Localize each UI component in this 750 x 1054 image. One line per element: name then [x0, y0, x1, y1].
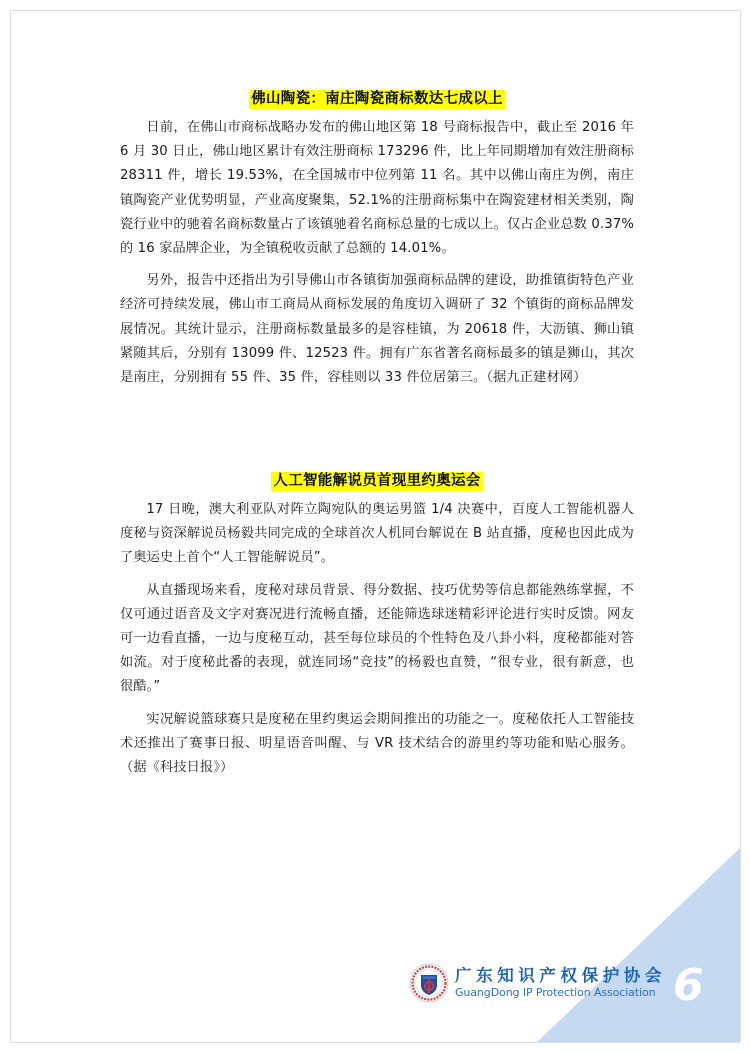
article-foshan-ceramics: 佛山陶瓷：南庄陶瓷商标数达七成以上 日前，在佛山市商标战略办发布的佛山地区第 1… — [120, 88, 634, 390]
article-paragraph: 从直播现场来看，度秘对球员背景、得分数据、技巧优势等信息都能熟练掌握，不仅可通过… — [120, 579, 634, 700]
article-paragraph: 另外，报告中还指出为引导佛山市各镇街加强商标品牌的建设，助推镇街特色产业经济可持… — [120, 269, 634, 390]
org-name-chinese: 广东知识产权保护协会 — [455, 966, 666, 986]
article-paragraph: 实况解说篮球赛只是度秘在里约奥运会期间推出的功能之一。度秘依托人工智能技术还推出… — [120, 708, 634, 781]
article-paragraph: 17 日晚，澳大利亚队对阵立陶宛队的奥运男篮 1/4 决赛中，百度人工智能机器人… — [120, 498, 634, 571]
org-name-english: GuangDong IP Protection Association — [455, 986, 666, 1000]
article-title: 佛山陶瓷：南庄陶瓷商标数达七成以上 — [249, 90, 505, 109]
article-title: 人工智能解说员首现里约奥运会 — [271, 472, 482, 491]
document-page: 佛山陶瓷：南庄陶瓷商标数达七成以上 日前，在佛山市商标战略办发布的佛山地区第 1… — [10, 10, 741, 1043]
article-paragraph: 日前，在佛山市商标战略办发布的佛山地区第 18 号商标报告中，截止至 2016 … — [120, 116, 634, 261]
footer-brand: 广东知识产权保护协会 GuangDong IP Protection Assoc… — [409, 963, 666, 1003]
association-emblem-icon — [409, 963, 449, 1003]
page-number: 6 — [673, 961, 704, 1011]
article-ai-commentator: 人工智能解说员首现里约奥运会 17 日晚，澳大利亚队对阵立陶宛队的奥运男篮 1/… — [120, 470, 634, 780]
